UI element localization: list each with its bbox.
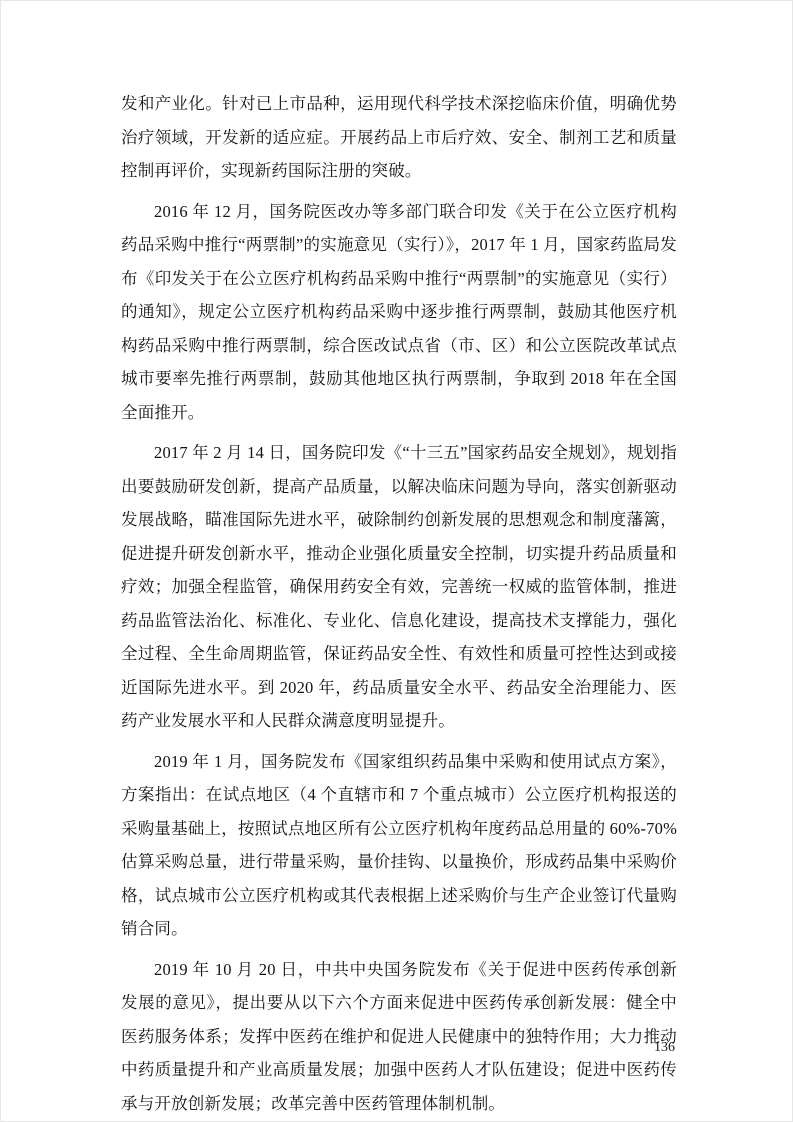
paragraph: 2019 年 1 月，国务院发布《国家组织药品集中采购和使用试点方案》，方案指出… bbox=[121, 745, 677, 946]
page-number: 136 bbox=[654, 1039, 675, 1057]
paragraph: 2019 年 10 月 20 日，中共中央国务院发布《关于促进中医药传承创新发展… bbox=[121, 953, 677, 1121]
paragraph: 2016 年 12 月，国务院医改办等多部门联合印发《关于在公立医疗机构药品采购… bbox=[121, 195, 677, 430]
page-content: 发和产业化。针对已上市品种，运用现代科学技术深挖临床价值，明确优势治疗领域，开发… bbox=[121, 87, 677, 1122]
document-page: 发和产业化。针对已上市品种，运用现代科学技术深挖临床价值，明确优势治疗领域，开发… bbox=[0, 0, 793, 1122]
paragraph: 2017 年 2 月 14 日，国务院印发《“十三五”国家药品安全规划》，规划指… bbox=[121, 436, 677, 738]
paragraph: 发和产业化。针对已上市品种，运用现代科学技术深挖临床价值，明确优势治疗领域，开发… bbox=[121, 87, 677, 188]
